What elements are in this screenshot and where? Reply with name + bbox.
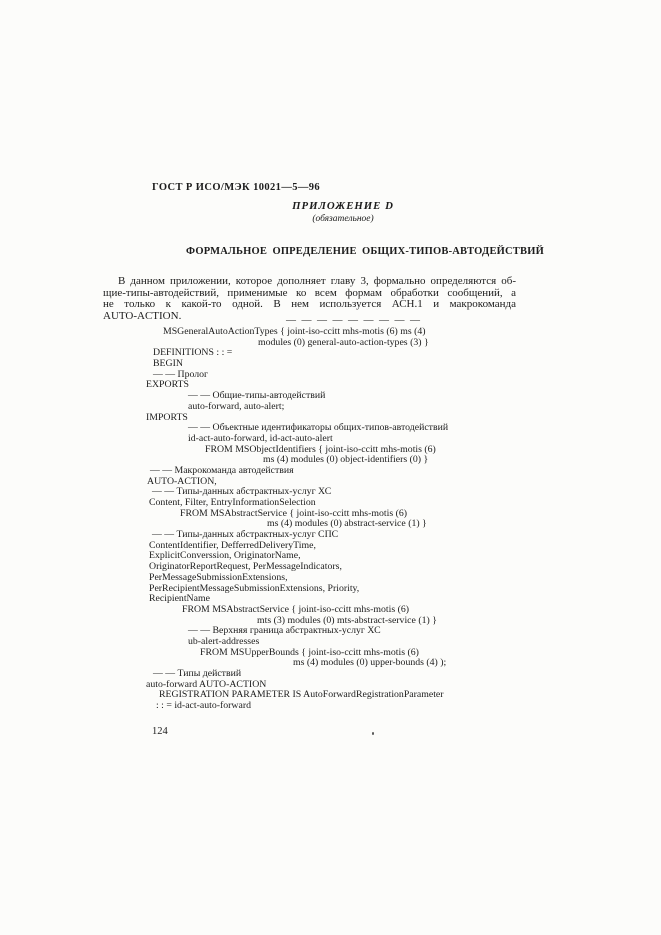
section-title: ФОРМАЛЬНОЕ ОПРЕДЕЛЕНИЕ ОБЩИХ-ТИПОВ-АВТОД…: [186, 246, 500, 257]
standard-designation: ГОСТ Р ИСО/МЭК 10021—5—96: [152, 182, 320, 193]
code-line: BEGIN: [145, 359, 625, 370]
code-line: PerMessageSubmissionExtensions,: [145, 573, 625, 584]
code-line: PerRecipientMessageSubmissionExtensions,…: [145, 584, 625, 595]
appendix-subtitle: (обязательное): [186, 214, 500, 224]
code-line: DEFINITIONS : : =: [145, 348, 625, 359]
dashed-separator: — — — — — — — — —: [286, 315, 422, 326]
code-line: — — Пролог: [145, 370, 625, 381]
code-line: — — Макрокоманда автодействия: [145, 466, 625, 477]
code-line: auto-forward, auto-alert;: [145, 402, 625, 413]
document-page: ГОСТ Р ИСО/МЭК 10021—5—96 ПРИЛОЖЕНИЕ D (…: [0, 0, 661, 935]
code-line: FROM MSAbstractService { joint-iso-ccitt…: [145, 605, 625, 616]
appendix-title: ПРИЛОЖЕНИЕ D: [186, 200, 500, 212]
page-number: 124: [152, 726, 168, 737]
intro-line: В данном приложении, которое дополняет г…: [103, 276, 516, 288]
code-line: id-act-auto-forward, id-act-auto-alert: [145, 434, 625, 445]
code-line: : : = id-act-auto-forward: [145, 701, 625, 712]
asn1-code-block: MSGeneralAutoActionTypes { joint-iso-cci…: [145, 327, 625, 712]
scan-speck: [372, 732, 374, 735]
